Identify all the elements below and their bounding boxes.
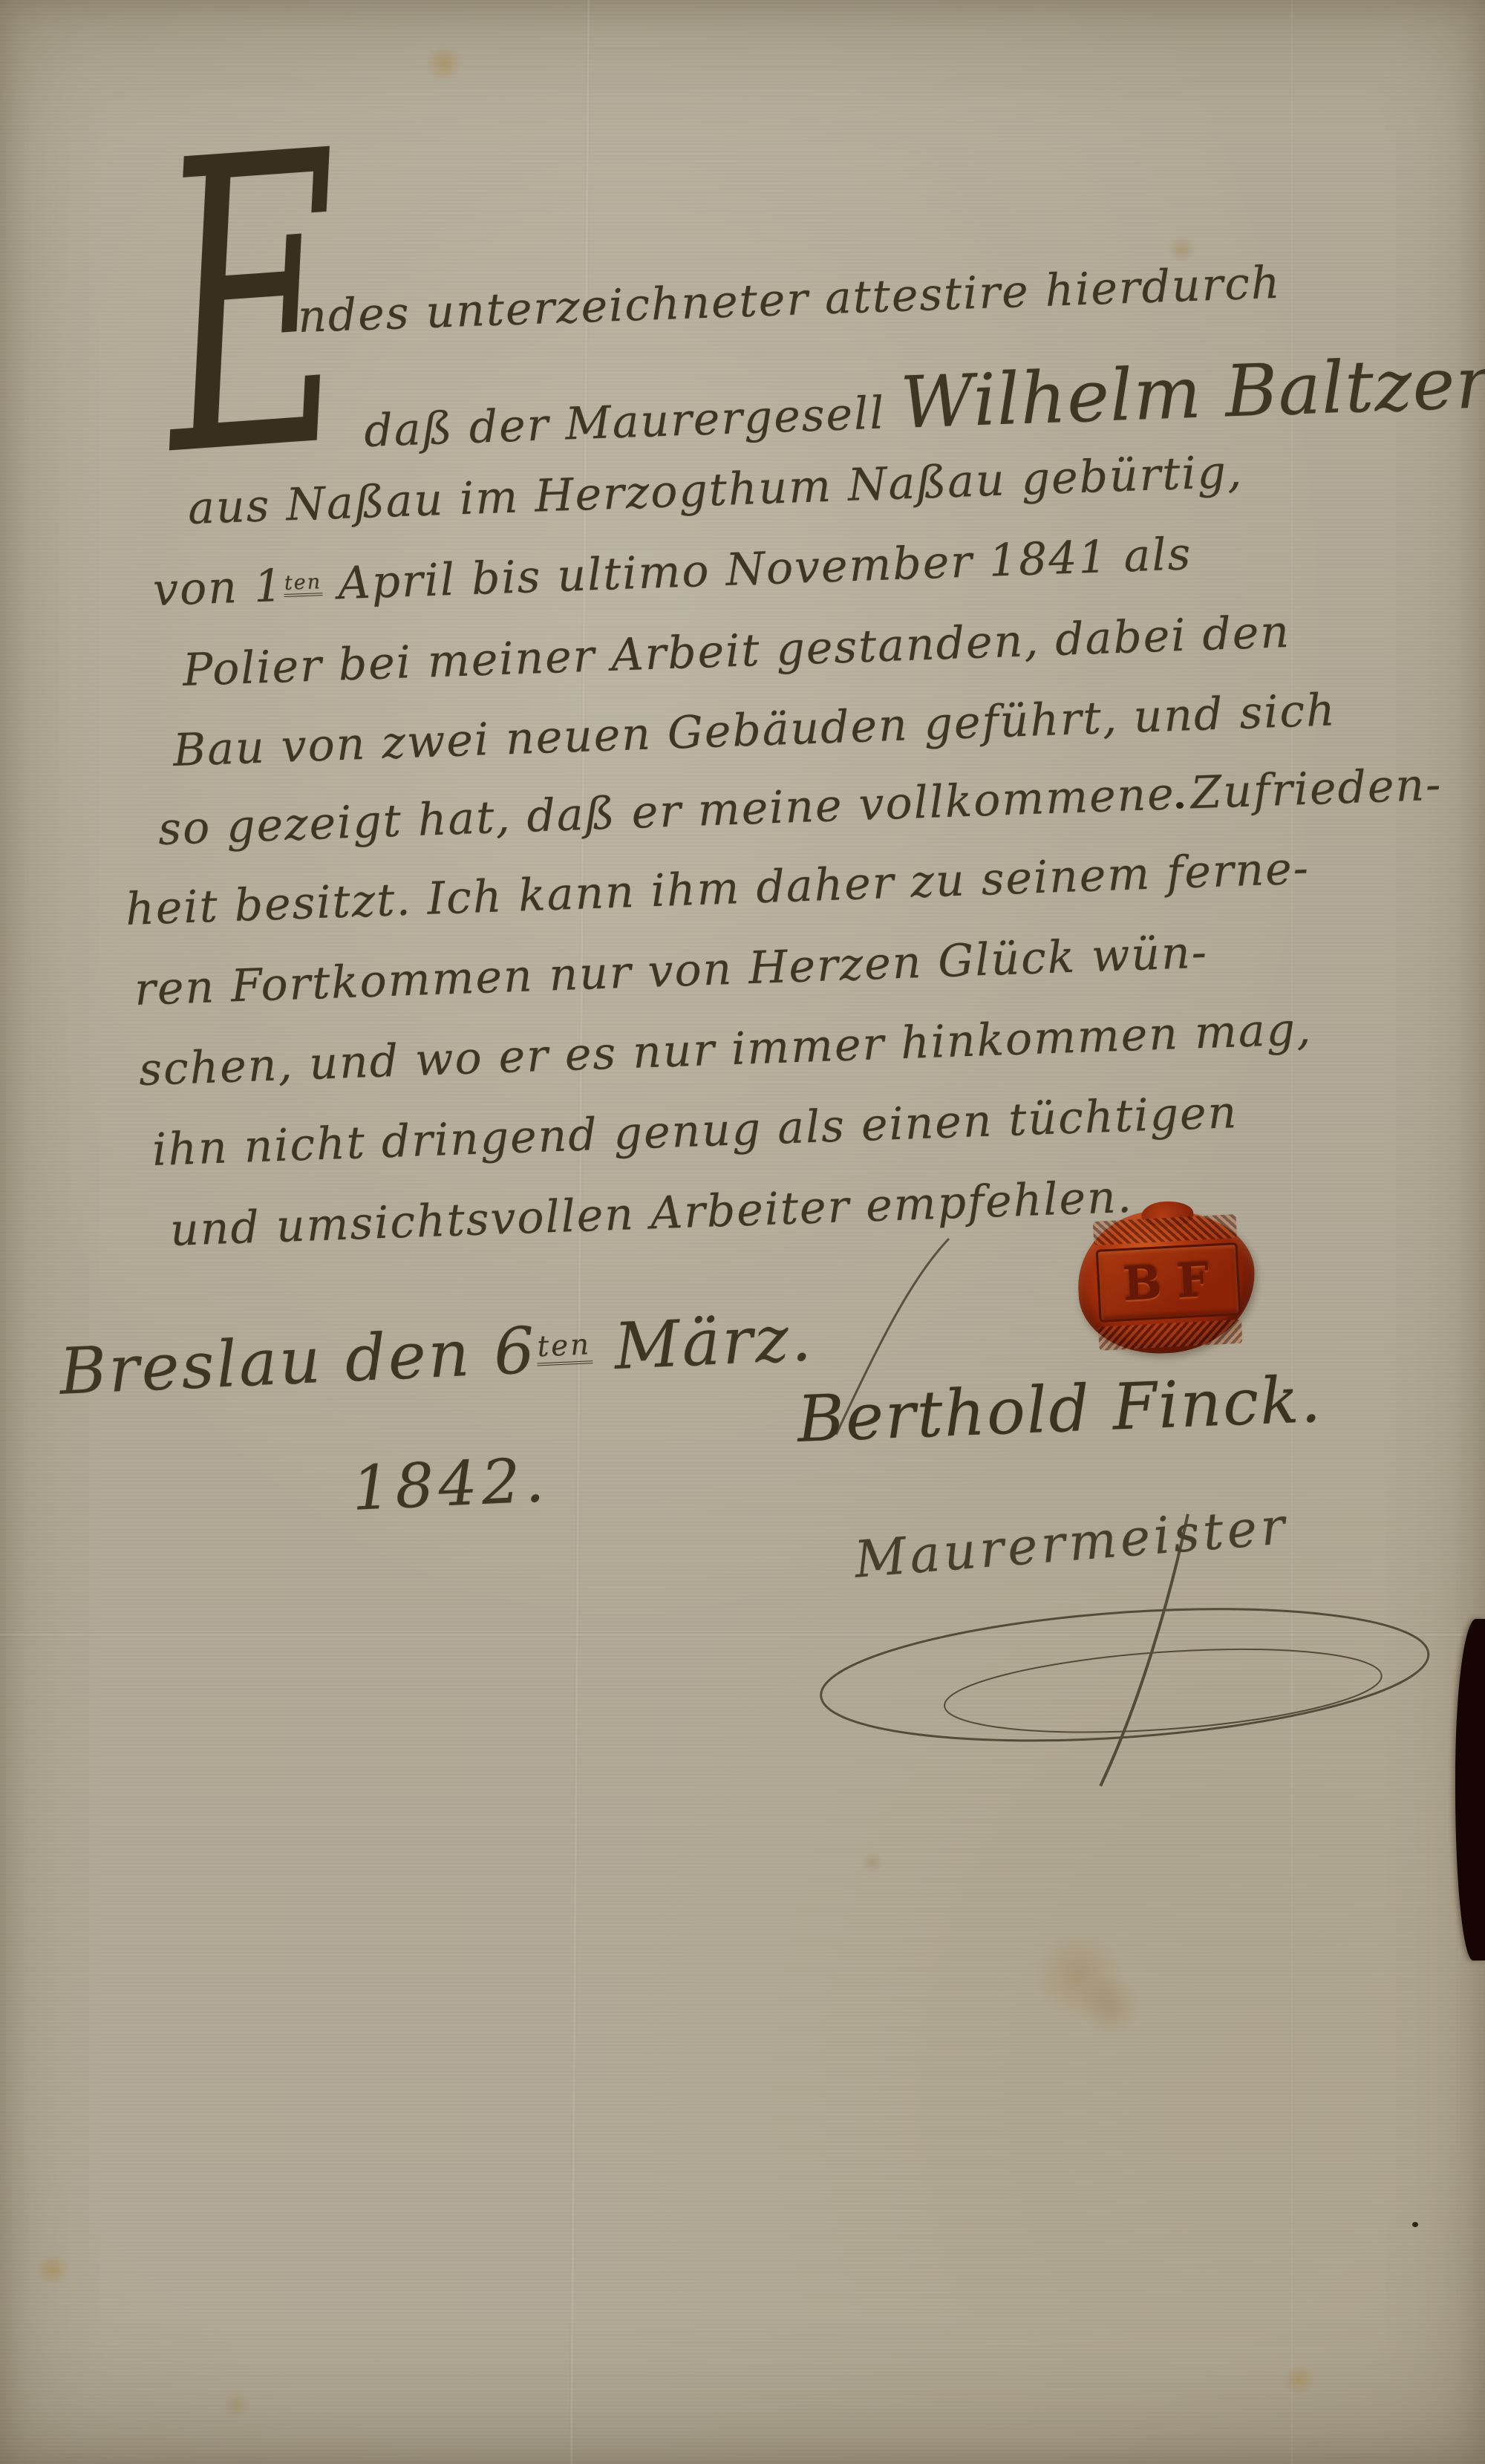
dateline-post: März. [590, 1301, 815, 1385]
photographed-document: E ndes unterzeichneter attestire hierdur… [0, 0, 1485, 2464]
dateline-superscript: ten [536, 1331, 593, 1366]
ordinal-superscript: ten [283, 572, 322, 597]
wax-seal: BF [1074, 1206, 1259, 1358]
fold-crease-horizontal [0, 1632, 1485, 1637]
line-4-pre: von 1 [152, 560, 284, 616]
line-2-lead: daß der Maurergesell [363, 387, 901, 457]
year-line: 1842. [350, 1445, 550, 1525]
seal-monogram: BF [1111, 1252, 1225, 1312]
seal-plaque: BF [1096, 1242, 1241, 1323]
ink-blot [1412, 2222, 1418, 2227]
